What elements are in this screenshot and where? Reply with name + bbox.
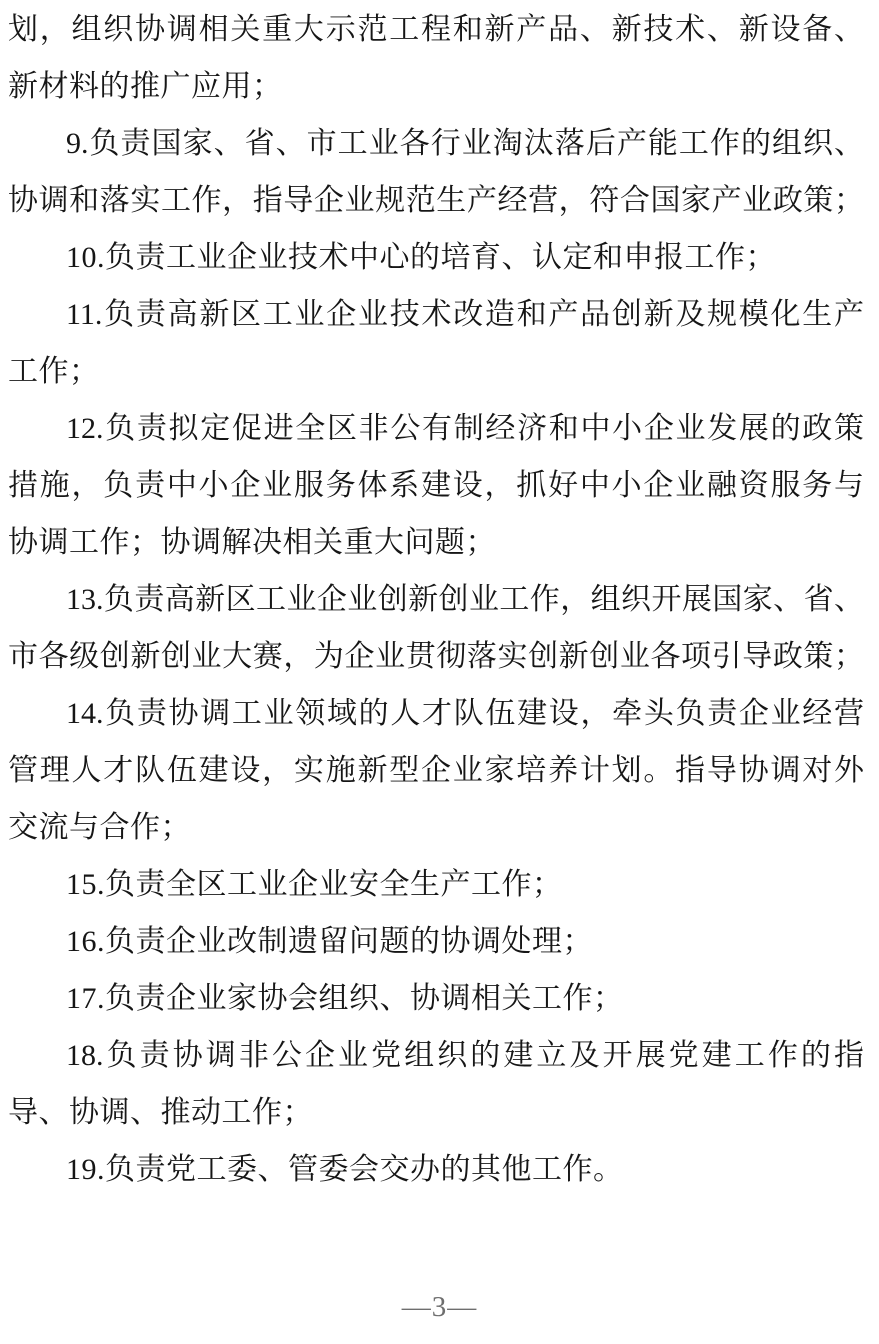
text-line: 9.负责国家、省、市工业各行业淘汰落后产能工作的组织、 xyxy=(8,115,864,172)
text-line: 工作； xyxy=(8,343,864,400)
text-line: 12.负责拟定促进全区非公有制经济和中小企业发展的政策 xyxy=(8,400,864,457)
text-line: 措施，负责中小企业服务体系建设，抓好中小企业融资服务与 xyxy=(8,457,864,514)
text-line: 18.负责协调非公企业党组织的建立及开展党建工作的指 xyxy=(8,1027,864,1084)
text-line: 导、协调、推动工作； xyxy=(8,1084,864,1141)
text-line: 15.负责全区工业企业安全生产工作； xyxy=(8,856,864,913)
text-line: 10.负责工业企业技术中心的培育、认定和申报工作； xyxy=(8,229,864,286)
text-line: 协调工作；协调解决相关重大问题； xyxy=(8,514,864,571)
document-page: 划，组织协调相关重大示范工程和新产品、新技术、新设备、 新材料的推广应用； 9.… xyxy=(0,0,879,1344)
text-line: 协调和落实工作，指导企业规范生产经营，符合国家产业政策； xyxy=(8,172,864,229)
text-line: 17.负责企业家协会组织、协调相关工作； xyxy=(8,970,864,1027)
text-line: 13.负责高新区工业企业创新创业工作，组织开展国家、省、 xyxy=(8,571,864,628)
text-line: 14.负责协调工业领域的人才队伍建设，牵头负责企业经营 xyxy=(8,685,864,742)
text-line: 交流与合作； xyxy=(8,799,864,856)
text-line: 划，组织协调相关重大示范工程和新产品、新技术、新设备、 xyxy=(8,1,864,58)
text-line: 16.负责企业改制遗留问题的协调处理； xyxy=(8,913,864,970)
text-line: 19.负责党工委、管委会交办的其他工作。 xyxy=(8,1141,864,1198)
text-line: 新材料的推广应用； xyxy=(8,58,864,115)
text-line: 市各级创新创业大赛，为企业贯彻落实创新创业各项引导政策； xyxy=(8,628,864,685)
page-number: —3— xyxy=(0,1290,879,1324)
text-line: 管理人才队伍建设，实施新型企业家培养计划。指导协调对外 xyxy=(8,742,864,799)
text-line: 11.负责高新区工业企业技术改造和产品创新及规模化生产 xyxy=(8,286,864,343)
document-body: 划，组织协调相关重大示范工程和新产品、新技术、新设备、 新材料的推广应用； 9.… xyxy=(8,1,864,1198)
